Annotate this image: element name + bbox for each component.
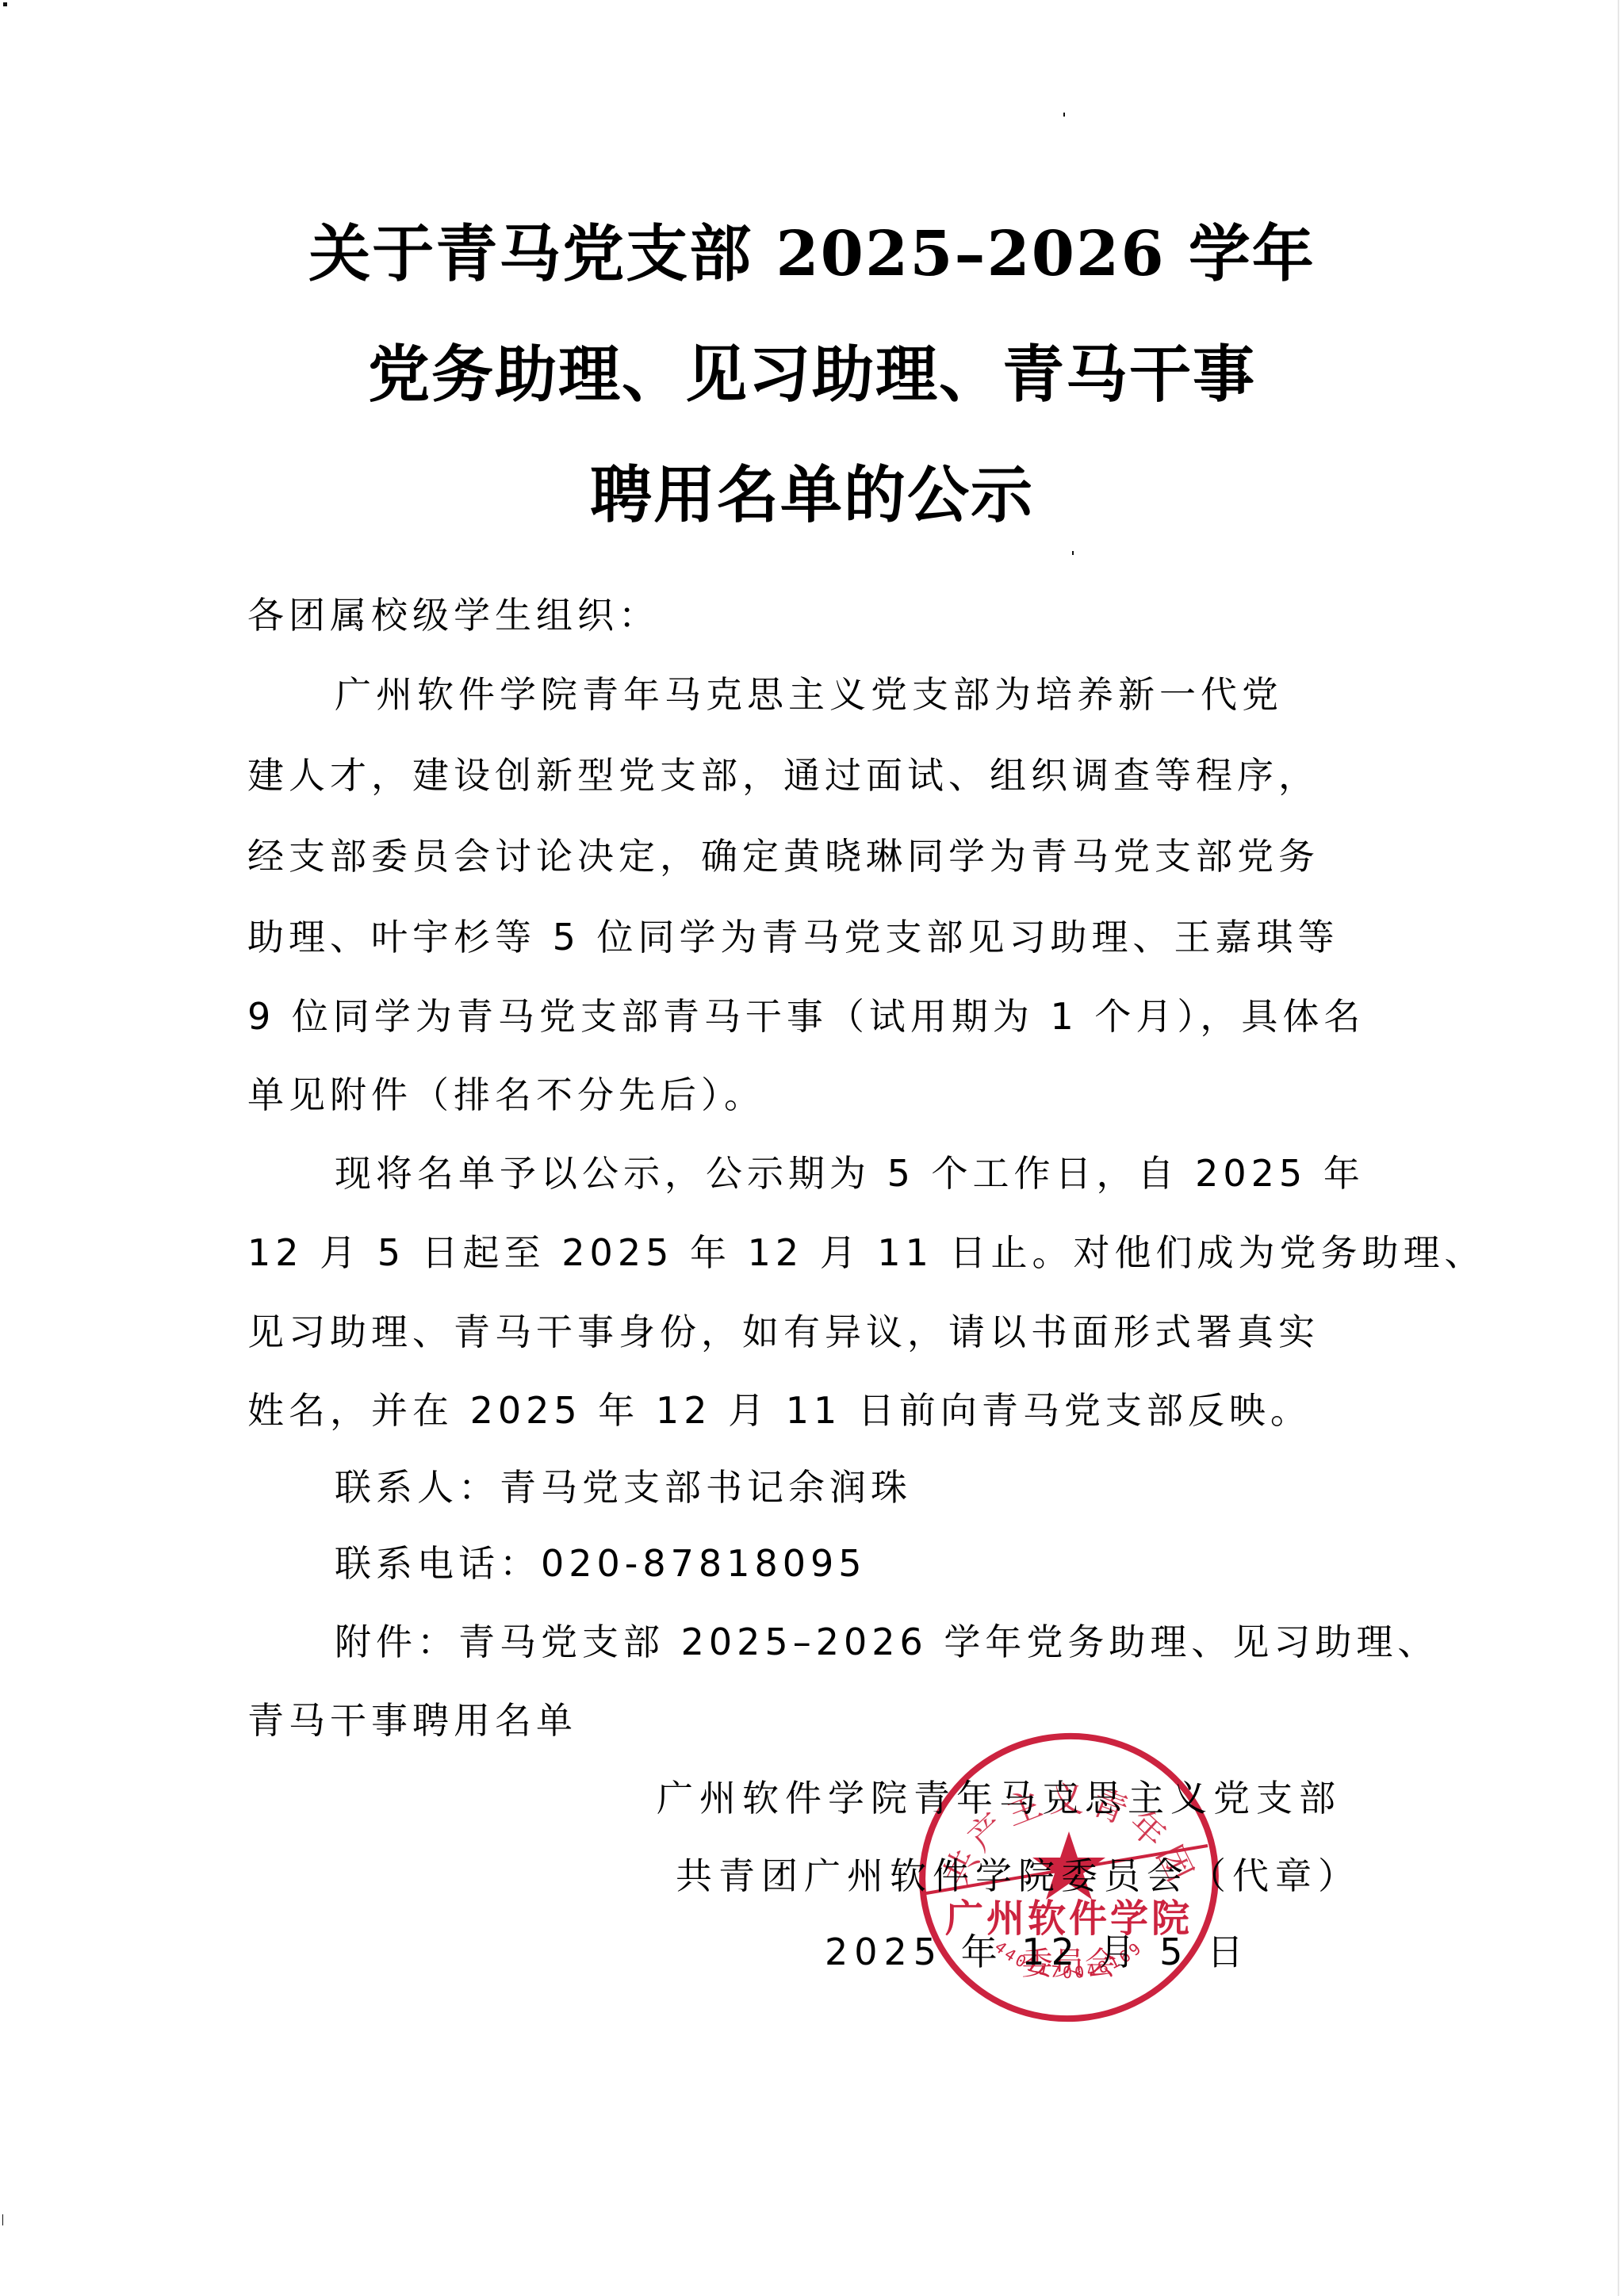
title-line: 聘用名单的公示 [0, 435, 1624, 556]
document-title: 关于青马党支部 2025–2026 学年 党务助理、见习助理、青马干事 聘用名单… [0, 194, 1624, 556]
contact-person: 联系人：青马党支部书记余润珠 [247, 1459, 912, 1511]
body-line: 助理、叶宇杉等 5 位同学为青马党支部见习助理、王嘉琪等 [247, 909, 1339, 961]
body-line: 单见附件（排名不分先后）。 [247, 1066, 765, 1119]
contact-phone: 联系电话：020-87818095 [247, 1535, 867, 1587]
title-line: 党务助理、见习助理、青马干事 [0, 315, 1624, 435]
attachment-line: 青马干事聘用名单 [247, 1692, 577, 1744]
scan-mark [1063, 113, 1065, 117]
scan-mark [3, 2, 7, 6]
body-line: 广州软件学院青年马克思主义党支部为培养新一代党 [247, 666, 1283, 718]
svg-text:广州软件学院: 广州软件学院 [945, 1896, 1193, 1941]
body-line: 姓名，并在 2025 年 12 月 11 日前向青马党支部反映。 [247, 1382, 1312, 1434]
body-line: 现将名单予以公示，公示期为 5 个工作日，自 2025 年 [247, 1145, 1365, 1197]
body-line: 经支部委员会讨论决定，确定黄晓琳同学为青马党支部党务 [247, 828, 1319, 880]
body-line: 12 月 5 日起至 2025 年 12 月 11 日止。对他们成为党务助理、 [247, 1224, 1486, 1276]
salutation: 各团属校级学生组织： [247, 587, 660, 639]
body-line: 9 位同学为青马党支部青马干事（试用期为 1 个月），具体名 [247, 988, 1365, 1040]
scan-mark [2, 2214, 3, 2225]
attachment-line: 附件：青马党支部 2025–2026 学年党务助理、见习助理、 [247, 1613, 1438, 1666]
document-page: 关于青马党支部 2025–2026 学年 党务助理、见习助理、青马干事 聘用名单… [0, 0, 1624, 2296]
title-line: 关于青马党支部 2025–2026 学年 [0, 194, 1624, 315]
body-line: 见习助理、青马干事身份，如有异议，请以书面形式署真实 [247, 1303, 1319, 1356]
official-seal-icon: 共产主义青年团 广州软件学院 委员会 4401170048169 [910, 1719, 1228, 2036]
body-line: 建人才，建设创新型党支部，通过面试、组织调查等程序， [247, 747, 1319, 799]
